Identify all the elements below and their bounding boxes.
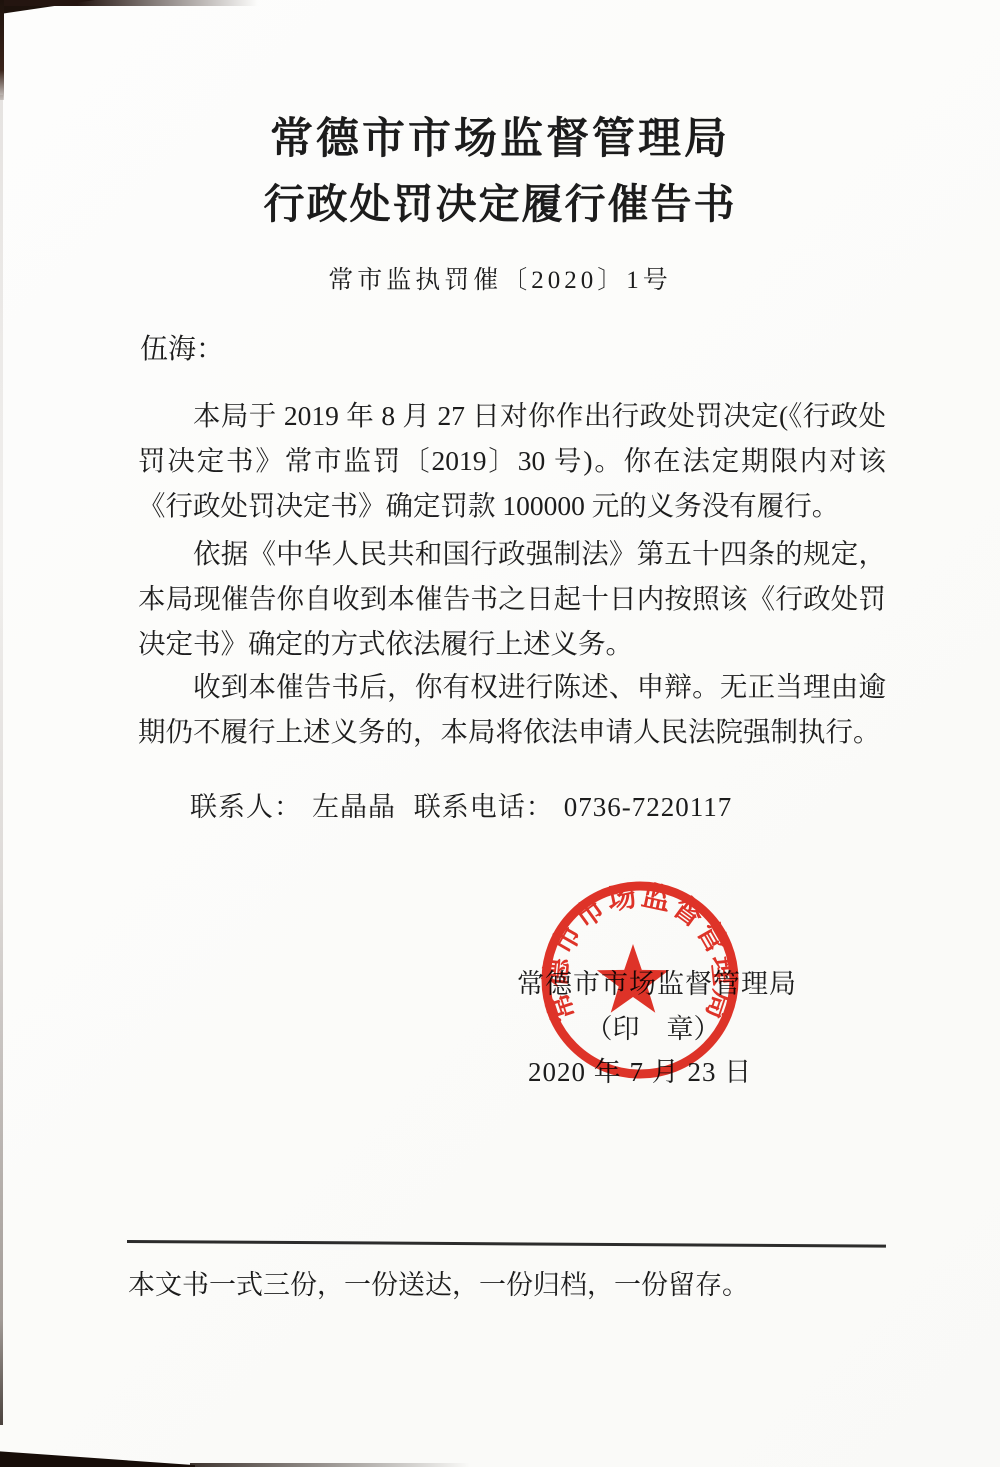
scan-artifact-left-edge <box>0 0 4 100</box>
document-number: 常市监执罚催〔2020〕1号 <box>0 260 1000 296</box>
footer-divider <box>127 1240 886 1248</box>
document-title: 常德市市场监督管理局 行政处罚决定履行催告书 <box>0 116 1000 227</box>
scanned-document-page: 常德市市场监督管理局 行政处罚决定履行催告书 常市监执罚催〔2020〕1号 伍海… <box>0 0 1000 1467</box>
contact-person-name: 左晶晶 <box>312 792 396 822</box>
official-seal: 常德市市场监督管理局 <box>536 876 744 1084</box>
scan-artifact-bottom-wedge <box>0 1448 195 1467</box>
body-paragraph-1: 本局于 2019 年 8 月 27 日对你作出行政处罚决定(《行政处罚决定书》常… <box>138 393 886 528</box>
document-title-line2: 行政处罚决定履行催告书 <box>0 181 1000 227</box>
body-paragraph-3: 收到本催告书后，你有权进行陈述、申辩。无正当理由逾期仍不履行上述义务的，本局将依… <box>138 664 886 754</box>
contact-phone-label: 联系电话： <box>414 792 554 822</box>
seal-ring-text: 常德市市场监督管理局 <box>539 879 740 1026</box>
scan-artifact-top-edge <box>0 0 258 6</box>
footer-note: 本文书一式三份，一份送达，一份归档，一份留存。 <box>128 1263 749 1302</box>
contact-phone-number: 0736-7220117 <box>564 792 733 822</box>
contact-line: 联系人：左晶晶 联系电话：0736-7220117 <box>140 785 742 824</box>
contact-person-label: 联系人： <box>190 792 302 822</box>
scan-artifact-bottom-tail <box>190 1463 470 1467</box>
body-paragraph-2: 依据《中华人民共和国行政强制法》第五十四条的规定，本局现催告你自收到本催告书之日… <box>138 531 886 666</box>
seal-star-icon <box>597 944 669 1013</box>
document-title-line1: 常德市市场监督管理局 <box>0 116 1000 164</box>
seal-ring-text-holder: 常德市市场监督管理局 <box>539 879 740 1026</box>
salutation: 伍海： <box>140 327 224 367</box>
